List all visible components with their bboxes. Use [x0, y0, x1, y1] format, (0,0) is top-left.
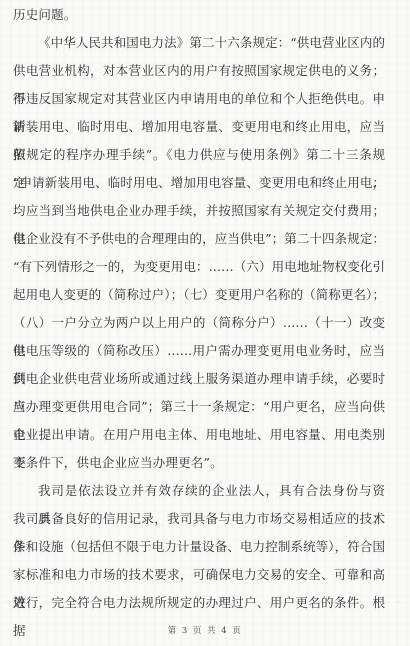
paragraph: 历史问题。	[13, 1, 385, 29]
text-line: “申请新装用电、临时用电、增加用电容量、变更用电和终止用电，	[13, 169, 385, 197]
page-number-footer: 第 3 页 共 4 页	[0, 624, 410, 636]
text-line: （八）一户分立为两户以上用户的（简称分户）……（十一）改变供	[13, 309, 385, 337]
document-body: 历史问题。《中华人民共和国电力法》第二十六条规定：“供电营业区内的供电营业机构，…	[13, 1, 385, 617]
text-line: 供电营业机构，对本营业区内的用户有按照国家规定供电的义务；不	[13, 57, 385, 85]
text-line: 照规定的程序办理手续”。《电力供应与使用条例》第二十三条规定：	[13, 141, 385, 169]
text-line: 当办理变更供用电合同”；第三十一条规定：“用户更名，应当向供电	[13, 393, 385, 421]
scanned-document-page: 历史问题。《中华人民共和国电力法》第二十六条规定：“供电营业区内的供电营业机构，…	[0, 0, 410, 646]
text-line: 家标准和电力市场的技术要求，可确保电力交易的安全、可靠和高效	[13, 561, 385, 589]
text-line: 进行，完全符合电力法规所规定的办理过户、用户更名的条件。根据	[13, 589, 385, 617]
text-line: 《中华人民共和国电力法》第二十六条规定：“供电营业区内的	[13, 29, 385, 57]
text-line: 供电企业供电营业场所或通过线上服务渠道办理申请手续，必要时应	[13, 365, 385, 393]
text-line: 得违反国家规定对其营业区内申请用电的单位和个人拒绝供电。申请	[13, 85, 385, 113]
text-line: 新装用电、临时用电、增加用电容量、变更用电和终止用电，应当依	[13, 113, 385, 141]
text-line: 件和设施（包括但不限于电力计量设备、电力控制系统等），符合国	[13, 533, 385, 561]
text-line: 我司具备良好的信用记录，我司具备与电力市场交易相适应的技术条	[13, 505, 385, 533]
text-line: 企业提出申请。在用户用电主体、用电地址、用电容量、用电类别不	[13, 421, 385, 449]
text-line: 均应当到当地供电企业办理手续，并按照国家有关规定交付费用；供	[13, 197, 385, 225]
text-line: “有下列情形之一的，为变更用电：……（六）用电地址物权变化引	[13, 253, 385, 281]
paragraph: 我司是依法设立并有效存续的企业法人，具有合法身份与资质；我司具备良好的信用记录，…	[13, 477, 385, 617]
text-line: 电电压等级的（简称改压）……用户需办理变更用电业务时，应当到	[13, 337, 385, 365]
paragraph: 《中华人民共和国电力法》第二十六条规定：“供电营业区内的供电营业机构，对本营业区…	[13, 29, 385, 477]
text-line: 变条件下，供电企业应当办理更名”。	[13, 449, 385, 477]
text-line: 我司是依法设立并有效存续的企业法人，具有合法身份与资质；	[13, 477, 385, 505]
text-line: 起用电人变更的（简称过户）；（七）变更用户名称的（简称更名）；	[13, 281, 385, 309]
text-line: 历史问题。	[13, 1, 385, 29]
text-line: 电企业没有不予供电的合理理由的，应当供电”；第二十四条规定：	[13, 225, 385, 253]
